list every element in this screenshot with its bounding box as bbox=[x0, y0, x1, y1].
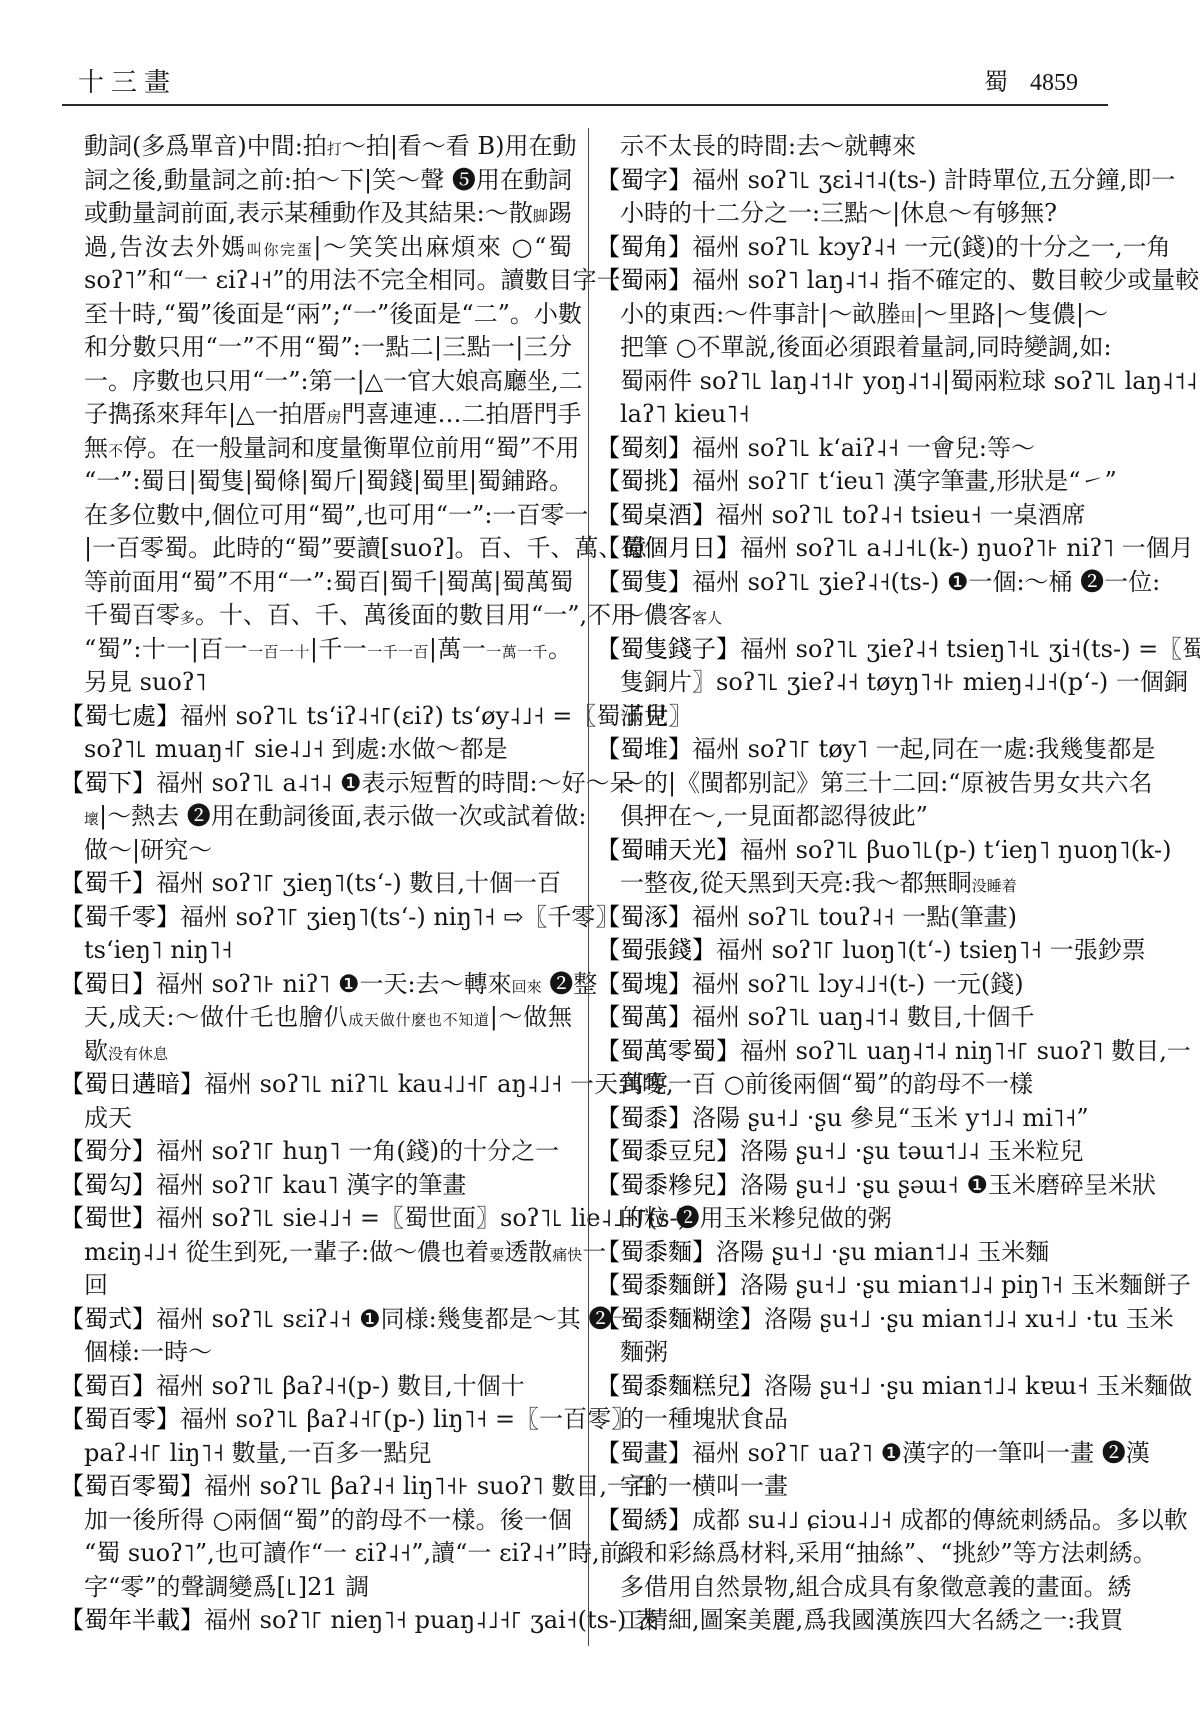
dictionary-line: 多借用自然景物,組合成具有象徵意義的畫面。綉 bbox=[596, 1571, 1108, 1605]
text-run: “蜀”:十一|百一 bbox=[84, 635, 248, 663]
dictionary-line: 【蜀年半載】福州 soʔ˥꜒ nieŋ˥˧ puaŋ˨˩˧꜒ ʒai˧(ts-)… bbox=[60, 1604, 572, 1638]
text-run: 小的東西:～件事計|～畝塍 bbox=[620, 300, 900, 328]
text-run: 洛陽 ʂu˧˩ ·ʂu ʂəɯ˧ ❶玉米磨碎呈米狀 bbox=[740, 1171, 1156, 1199]
gloss-note: 多 bbox=[180, 609, 195, 627]
text-run: 或動量詞前面,表示某種動作及其結果:～散 bbox=[84, 199, 533, 227]
text-run: soʔ˥꜖ muaŋ˧꜒ sie˨˩˧ 到處:水做～都是 bbox=[84, 735, 508, 763]
dictionary-line: laʔ˥ kieu˥˧ bbox=[596, 398, 1108, 432]
dictionary-line: 加一後所得 ○兩個“蜀”的韵母不一樣。後一個 bbox=[60, 1504, 572, 1538]
gloss-note: 脚 bbox=[533, 207, 548, 225]
dictionary-line: 小時的十二分之一:三點～|休息～有够無? bbox=[596, 197, 1108, 231]
headword: 【蜀字】 bbox=[596, 166, 692, 194]
headword: 【蜀千】 bbox=[60, 869, 156, 897]
text-run: “一”:蜀日|蜀隻|蜀條|蜀斤|蜀錢|蜀里|蜀鋪路。 bbox=[84, 467, 573, 495]
text-run: 一整夜,從天黑到天亮:我～都無眮 bbox=[620, 869, 972, 897]
text-run: 福州 soʔ˥꜖ ʒieʔ˨˧ tsieŋ˥˧꜖ ʒi˧(ts-) =〖蜀 bbox=[740, 635, 1200, 663]
dictionary-line: 詞之後,動量詞之前:拍～下|笑～聲 ❺用在動詞 bbox=[60, 164, 572, 198]
gloss-note: 成天做什麼也不知道 bbox=[348, 1011, 489, 1029]
text-run: 個様:一時～ bbox=[84, 1338, 212, 1366]
dictionary-line: 的一種塊狀食品 bbox=[596, 1403, 1108, 1437]
dictionary-line: 俱押在～,一見面都認得彼此” bbox=[596, 800, 1108, 834]
headword: 【蜀黍麵】 bbox=[596, 1238, 716, 1266]
headword: 【蜀萬零蜀】 bbox=[596, 1037, 740, 1065]
dictionary-line: 麵粥 bbox=[596, 1336, 1108, 1370]
text-run: 多借用自然景物,組合成具有象徵意義的畫面。綉 bbox=[620, 1573, 1132, 1601]
headword: 【蜀分】 bbox=[60, 1137, 156, 1165]
text-run: |～熱去 ❷用在動詞後面,表示做一次或試着做: bbox=[99, 802, 586, 830]
headword: 【蜀黍】 bbox=[596, 1104, 692, 1132]
text-run: 另見 suoʔ˥ bbox=[84, 668, 207, 696]
headword: 【蜀式】 bbox=[60, 1305, 156, 1333]
text-run: 回 bbox=[84, 1271, 108, 1299]
headword: 【蜀角】 bbox=[596, 233, 692, 261]
dictionary-line: 千蜀百零多。十、百、千、萬後面的數目用“一”,不用 bbox=[60, 599, 572, 633]
dictionary-line: soʔ˥꜖ muaŋ˧꜒ sie˨˩˧ 到處:水做～都是 bbox=[60, 733, 572, 767]
dictionary-line: 無不停。在一般量詞和度量衡單位前用“蜀”不用 bbox=[60, 432, 572, 466]
text-run: 踢 bbox=[548, 199, 572, 227]
text-run: 門喜連連…二拍厝門手 bbox=[342, 400, 582, 428]
dictionary-line: 【蜀隻錢子】福州 soʔ˥꜖ ʒieʔ˨˧ tsieŋ˥˧꜖ ʒi˧(ts-) … bbox=[596, 633, 1108, 667]
text-run: 福州 soʔ˥꜖ lɔy˨˩˧(t-) 一元(錢) bbox=[692, 970, 1024, 998]
headword: 【蜀下】 bbox=[60, 769, 156, 797]
text-run: |千一 bbox=[310, 635, 367, 663]
headword: 【蜀萬】 bbox=[596, 1003, 692, 1031]
text-run: mɛiŋ˨˩˧ 從生到死,一輩子:做～儂也着 bbox=[84, 1238, 489, 1266]
dictionary-line: 【蜀黍麵】洛陽 ʂu˧˩ ·ʂu mian˦˩˨ 玉米麵 bbox=[596, 1236, 1108, 1270]
dictionary-line: 【蜀百】福州 soʔ˥꜖ βaʔ˨˧(p-) 數目,十個十 bbox=[60, 1370, 572, 1404]
dictionary-line: tsʻieŋ˥ niŋ˥˧ bbox=[60, 934, 572, 968]
gloss-note: 客人 bbox=[692, 609, 722, 627]
dictionary-line: 【蜀黍麵糕兒】洛陽 ʂu˧˩ ·ʂu mian˦˩˨ kɐɯ˧ 玉米麵做 bbox=[596, 1370, 1108, 1404]
gloss-note: 壞 bbox=[84, 810, 99, 828]
dictionary-line: 【蜀綉】成都 su˨˩ ɕiɔu˨˩˧ 成都的傳統刺綉品。多以軟 bbox=[596, 1504, 1108, 1538]
dictionary-line: ～儂客客人 bbox=[596, 599, 1108, 633]
text-run: |萬一 bbox=[429, 635, 486, 663]
headword: 【蜀挑】 bbox=[596, 467, 692, 495]
text-run: 加一後所得 ○兩個“蜀”的韵母不一樣。後一個 bbox=[84, 1506, 572, 1534]
text-run: |～笑笑出麻煩來 ○“蜀 bbox=[313, 233, 572, 261]
text-run: 福州 soʔ˥꜖ βuo˥꜖(p-) tʻieŋ˥ ŋuoŋ˥(k-) bbox=[740, 836, 1172, 864]
dictionary-line: 【蜀涿】福州 soʔ˥꜖ touʔ˨˧ 一點(筆畫) bbox=[596, 901, 1108, 935]
text-run: 洛陽 ʂu˧˩ ·ʂu mian˦˩˨ xu˧˩ ·tu 玉米 bbox=[764, 1305, 1174, 1333]
dictionary-line: 隻銅片〗soʔ˥꜖ ʒieʔ˨˧ tøyŋ˥˧꜔ mieŋ˨˩˧(pʻ-) 一個… bbox=[596, 666, 1108, 700]
text-run: 福州 soʔ˥꜒ ʒieŋ˥(tsʻ-) 數目,十個一百 bbox=[156, 869, 561, 897]
dictionary-line: 【蜀黍麵糊塗】洛陽 ʂu˧˩ ·ʂu mian˦˩˨ xu˧˩ ·tu 玉米 bbox=[596, 1303, 1108, 1337]
headword: 【蜀黍豆兒】 bbox=[596, 1137, 740, 1165]
dictionary-line: 【蜀萬零蜀】福州 soʔ˥꜖ uaŋ˨˦˨ niŋ˥˧꜒ suoʔ˥ 數目,一 bbox=[596, 1035, 1108, 1069]
text-run: 福州 soʔ˥꜔ niʔ˥ ❶一天:去～轉來 bbox=[156, 970, 512, 998]
dictionary-line: 【蜀分】福州 soʔ˥꜒ huŋ˥ 一角(錢)的十分之一 bbox=[60, 1135, 572, 1169]
text-run: 隻銅片〗soʔ˥꜖ ʒieʔ˨˧ tøyŋ˥˧꜔ mieŋ˨˩˧(pʻ-) 一個… bbox=[620, 668, 1188, 696]
dictionary-line: 工精細,圖案美麗,爲我國漢族四大名綉之一:我買 bbox=[596, 1604, 1108, 1638]
dictionary-line: 小的東西:～件事計|～畝塍田|～里路|～隻儂|～ bbox=[596, 298, 1108, 332]
text-run: 和分數只用“一”不用“蜀”:一點二|三點一|三分 bbox=[84, 333, 572, 361]
dictionary-line: 萬零一百 ○前後兩個“蜀”的韵母不一樣 bbox=[596, 1068, 1108, 1102]
text-run: 無 bbox=[84, 434, 108, 462]
gloss-note: 田 bbox=[900, 308, 915, 326]
dictionary-line: 一。序數也只用“一”:第一|△一官大娘高廳坐,二 bbox=[60, 365, 572, 399]
text-run: 做～|研究～ bbox=[84, 836, 212, 864]
text-run: tsʻieŋ˥ niŋ˥˧ bbox=[84, 936, 233, 964]
text-run: 字的一横叫一畫 bbox=[620, 1472, 788, 1500]
dictionary-line: 【蜀刻】福州 soʔ˥꜖ kʻaiʔ˨˧ 一會兒:等～ bbox=[596, 432, 1108, 466]
headword: 【蜀涿】 bbox=[596, 903, 692, 931]
dictionary-line: 另見 suoʔ˥ bbox=[60, 666, 572, 700]
text-run: 的粒 ❷用玉米糝兒做的粥 bbox=[620, 1204, 892, 1232]
dictionary-line: ～的|《閩都别記》第三十二回:“原被告男女共六名 bbox=[596, 767, 1108, 801]
headword: 【蜀勾】 bbox=[60, 1171, 156, 1199]
running-head-right: 蜀4859 bbox=[984, 66, 1078, 100]
dictionary-line: 和分數只用“一”不用“蜀”:一點二|三點一|三分 bbox=[60, 331, 572, 365]
text-run: 福州 soʔ˥꜒ tøy˥ 一起,同在一處:我幾隻都是 bbox=[692, 735, 1155, 763]
dictionary-line: 【蜀千】福州 soʔ˥꜒ ʒieŋ˥(tsʻ-) 數目,十個一百 bbox=[60, 867, 572, 901]
headword: 【蜀綉】 bbox=[596, 1506, 692, 1534]
text-run: 成都 su˨˩ ɕiɔu˨˩˧ 成都的傳統刺綉品。多以軟 bbox=[692, 1506, 1188, 1534]
gloss-note: 要 bbox=[489, 1246, 504, 1264]
text-run: 麵粥 bbox=[620, 1338, 668, 1366]
gloss-note: 一千一百 bbox=[367, 643, 429, 661]
dictionary-line: 壞|～熱去 ❷用在動詞後面,表示做一次或試着做: bbox=[60, 800, 572, 834]
text-run: ～儂客 bbox=[620, 601, 692, 629]
headword: 【蜀兩】 bbox=[596, 266, 692, 294]
dictionary-line: 【蜀角】福州 soʔ˥꜖ kɔyʔ˨˧ 一元(錢)的十分之一,一角 bbox=[596, 231, 1108, 265]
headword: 【蜀日遘暗】 bbox=[60, 1070, 204, 1098]
dictionary-line: 【蜀兩】福州 soʔ˥ laŋ˨˦˨ 指不確定的、數目較少或量較 bbox=[596, 264, 1108, 298]
text-run: 福州 soʔ˥꜖ uaŋ˨˦˨ niŋ˥˧꜒ suoʔ˥ 數目,一 bbox=[740, 1037, 1191, 1065]
gloss-note: 不 bbox=[108, 442, 123, 460]
text-run: 字“零”的聲調變爲[꜖]21 調 bbox=[84, 1573, 369, 1601]
text-run: 福州 soʔ˥꜖ ʒieʔ˨˧(ts-) ❶一個:～桶 ❷一位: bbox=[692, 568, 1160, 596]
page-number: 4859 bbox=[1030, 70, 1078, 96]
text-run: 把筆 ○不單説,後面必須跟着量詞,同時變調,如: bbox=[620, 333, 1112, 361]
gloss-note: 没睡着 bbox=[972, 877, 1017, 895]
text-run: soʔ˥”和“一 ɛiʔ˨˧”的用法不完全相同。讀數目字一 bbox=[84, 266, 621, 294]
headword: 【蜀黍麵餅】 bbox=[596, 1271, 740, 1299]
dictionary-line: 成天 bbox=[60, 1102, 572, 1136]
dictionary-line: 子擕孫來拜年|△一拍厝房門喜連連…二拍厝門手 bbox=[60, 398, 572, 432]
text-run: 至十時,“蜀”後面是“兩”;“一”後面是“二”。小數 bbox=[84, 300, 582, 328]
headword: 【蜀晡天光】 bbox=[596, 836, 740, 864]
dictionary-line: 回 bbox=[60, 1269, 572, 1303]
dictionary-line: 【蜀日遘暗】福州 soʔ˥꜖ niʔ˥꜖ kau˨˩˧꜒ aŋ˨˩˧ 一天到晚, bbox=[60, 1068, 572, 1102]
headword: 【蜀百】 bbox=[60, 1372, 156, 1400]
text-run: 等前面用“蜀”不用“一”:蜀百|蜀千|蜀萬|蜀萬蜀 bbox=[84, 568, 573, 596]
dictionary-line: 【蜀桌酒】福州 soʔ˥꜖ toʔ˨˧ tsieu˧ 一桌酒席 bbox=[596, 499, 1108, 533]
text-run: 詞之後,動量詞之前:拍～下|笑～聲 ❺用在動詞 bbox=[84, 166, 572, 194]
dictionary-line: 把筆 ○不單説,後面必須跟着量詞,同時變調,如: bbox=[596, 331, 1108, 365]
text-run: 福州 soʔ˥ laŋ˨˦˨ 指不確定的、數目較少或量較 bbox=[692, 266, 1199, 294]
text-run: 過,告汝去外媽 bbox=[84, 233, 247, 261]
dictionary-line: “蜀”:十一|百一一百一十|千一一千一百|萬一一萬一千。 bbox=[60, 633, 572, 667]
dictionary-line: 一整夜,從天黑到天亮:我～都無眮没睡着 bbox=[596, 867, 1108, 901]
text-run: 福州 soʔ˥꜖ kʻaiʔ˨˧ 一會兒:等～ bbox=[692, 434, 1035, 462]
right-column: 示不太長的時間:去～就轉來【蜀字】福州 soʔ˥꜖ ʒɛi˨˦˨(ts-) 計時… bbox=[596, 130, 1108, 1638]
gloss-note: 一百一十 bbox=[248, 643, 310, 661]
text-run: 福州 soʔ˥꜖ βaʔ˨˧(p-) 數目,十個十 bbox=[156, 1372, 525, 1400]
text-run: 俱押在～,一見面都認得彼此” bbox=[620, 802, 928, 830]
dictionary-line: 【蜀下】福州 soʔ˥꜖ a˨˦˨ ❶表示短暫的時間:～好～呆 bbox=[60, 767, 572, 801]
headword: 【蜀隻錢子】 bbox=[596, 635, 740, 663]
text-run: 洛陽 ʂu˧˩ ·ʂu mian˦˩˨ kɐɯ˧ 玉米麵做 bbox=[764, 1372, 1192, 1400]
headword: 【蜀桌酒】 bbox=[596, 501, 716, 529]
dictionary-line: “一”:蜀日|蜀隻|蜀條|蜀斤|蜀錢|蜀里|蜀鋪路。 bbox=[60, 465, 572, 499]
text-run: 福州 soʔ˥꜖ kɔyʔ˨˧ 一元(錢)的十分之一,一角 bbox=[692, 233, 1171, 261]
dictionary-line: 【蜀勾】福州 soʔ˥꜒ kau˥ 漢字的筆畫 bbox=[60, 1169, 572, 1203]
dictionary-line: 【蜀畫】福州 soʔ˥꜒ uaʔ˥ ❶漢字的一筆叫一畫 ❷漢 bbox=[596, 1437, 1108, 1471]
text-run: 福州 soʔ˥꜖ ʒɛi˨˦˨(ts-) 計時單位,五分鐘,即一 bbox=[692, 166, 1175, 194]
dictionary-line: 【蜀世】福州 soʔ˥꜖ sie˨˩˧ =〖蜀世面〗soʔ˥꜖ lie˨˩˧꜒(… bbox=[60, 1202, 572, 1236]
running-head-character: 蜀 bbox=[984, 70, 1008, 96]
dictionary-line: 【蜀式】福州 soʔ˥꜖ sɛiʔ˨˧ ❶同様:幾隻都是～其 ❷一 bbox=[60, 1303, 572, 1337]
dictionary-line: 【蜀隻】福州 soʔ˥꜖ ʒieʔ˨˧(ts-) ❶一個:～桶 ❷一位: bbox=[596, 566, 1108, 600]
gloss-note: 没有休息 bbox=[108, 1045, 168, 1063]
dictionary-line: 蜀兩件 soʔ˥꜖ laŋ˨˦˨꜓ yoŋ˨˦˨|蜀兩粒球 soʔ˥꜖ laŋ˨… bbox=[596, 365, 1108, 399]
dictionary-line: 【蜀七處】福州 soʔ˥꜖ tsʻiʔ˨˧꜒(ɛiʔ) tsʻøy˨˩˧ =〖蜀… bbox=[60, 700, 572, 734]
dictionary-line: 過,告汝去外媽叫你完蛋|～笑笑出麻煩來 ○“蜀 bbox=[60, 231, 572, 265]
text-run: 福州 soʔ˥꜒ ʒieŋ˥(tsʻ-) niŋ˥˧ ⇨〖千零〗 bbox=[180, 903, 619, 931]
text-run: 示不太長的時間:去～就轉來 bbox=[620, 132, 916, 160]
text-run: 福州 soʔ˥꜖ βaʔ˨˧꜒(p-) liŋ˥˧ =〖一百零〗 bbox=[180, 1405, 635, 1433]
text-run: 福州 soʔ˥꜒ kau˥ 漢字的筆畫 bbox=[156, 1171, 466, 1199]
text-run: 福州 soʔ˥꜖ touʔ˨˧ 一點(筆畫) bbox=[692, 903, 1017, 931]
text-run: 歇 bbox=[84, 1037, 108, 1065]
dictionary-line: 做～|研究～ bbox=[60, 834, 572, 868]
dictionary-line: 或動量詞前面,表示某種動作及其結果:～散脚踢 bbox=[60, 197, 572, 231]
headword: 【蜀世】 bbox=[60, 1204, 156, 1232]
text-run: ～的|《閩都别記》第三十二回:“原被告男女共六名 bbox=[620, 769, 1152, 797]
dictionary-line: 字的一横叫一畫 bbox=[596, 1470, 1108, 1504]
dictionary-line: 動詞(多爲單音)中間:拍打～拍|看～看 B)用在動 bbox=[60, 130, 572, 164]
text-run: 成天 bbox=[84, 1104, 132, 1132]
text-run: 福州 soʔ˥꜒ luoŋ˥(tʻ-) tsieŋ˥˧ 一張鈔票 bbox=[716, 936, 1146, 964]
running-head-section: 十三畫 bbox=[78, 66, 177, 100]
dictionary-line: 天,成天:～做什乇也膾仈成天做什麼也不知道|～做無 bbox=[60, 1001, 572, 1035]
left-column: 動詞(多爲單音)中間:拍打～拍|看～看 B)用在動詞之後,動量詞之前:拍～下|笑… bbox=[60, 130, 572, 1638]
headword: 【蜀堆】 bbox=[596, 735, 692, 763]
dictionary-line: 【蜀黍糝兒】洛陽 ʂu˧˩ ·ʂu ʂəɯ˧ ❶玉米磨碎呈米狀 bbox=[596, 1169, 1108, 1203]
text-run: |～做無 bbox=[490, 1003, 572, 1031]
text-run: 洛陽 ʂu˧˩ ·ʂu mian˦˩˨ piŋ˥˧ 玉米麵餅子 bbox=[740, 1271, 1191, 1299]
text-run: 動詞(多爲單音)中間:拍 bbox=[84, 132, 327, 160]
dictionary-line: 【蜀萬】福州 soʔ˥꜖ uaŋ˨˦˨ 數目,十個千 bbox=[596, 1001, 1108, 1035]
headword: 【蜀張錢】 bbox=[596, 936, 716, 964]
headword: 【蜀黍糝兒】 bbox=[596, 1171, 740, 1199]
gloss-note: 打 bbox=[327, 140, 342, 158]
text-run: 福州 soʔ˥꜒ tʻieu˥ 漢字筆畫,形狀是“㇀” bbox=[692, 467, 1117, 495]
text-run: 福州 soʔ˥꜒ uaʔ˥ ❶漢字的一筆叫一畫 ❷漢 bbox=[692, 1439, 1150, 1467]
dictionary-line: 【蜀黍豆兒】洛陽 ʂu˧˩ ·ʂu təɯ˦˩˨ 玉米粒兒 bbox=[596, 1135, 1108, 1169]
dictionary-line: 【蜀張錢】福州 soʔ˥꜒ luoŋ˥(tʻ-) tsieŋ˥˧ 一張鈔票 bbox=[596, 934, 1108, 968]
dictionary-line: 【蜀百零】福州 soʔ˥꜖ βaʔ˨˧꜒(p-) liŋ˥˧ =〖一百零〗 bbox=[60, 1403, 572, 1437]
dictionary-line: 字“零”的聲調變爲[꜖]21 調 bbox=[60, 1571, 572, 1605]
dictionary-line: 至十時,“蜀”後面是“兩”;“一”後面是“二”。小數 bbox=[60, 298, 572, 332]
text-run: paʔ˨˧꜒ liŋ˥˧ 數量,一百多一點兒 bbox=[84, 1439, 431, 1467]
headword: 【蜀畫】 bbox=[596, 1439, 692, 1467]
text-run: 洛陽 ʂu˧˩ ·ʂu 參見“玉米 y˦˩˨ mi˥˧” bbox=[692, 1104, 1089, 1132]
text-run: 一。序數也只用“一”:第一|△一官大娘高廳坐,二 bbox=[84, 367, 583, 395]
dictionary-line: |一百零蜀。此時的“蜀”要讀[suoʔ]。百、千、萬、億 bbox=[60, 532, 572, 566]
headword: 【蜀七處】 bbox=[60, 702, 180, 730]
dictionary-line: paʔ˨˧꜒ liŋ˥˧ 數量,一百多一點兒 bbox=[60, 1437, 572, 1471]
text-run: 福州 soʔ˥꜒ nieŋ˥˧ puaŋ˨˩˧꜒ ʒai˧(ts-) 表 bbox=[204, 1606, 658, 1634]
dictionary-line: 【蜀黍】洛陽 ʂu˧˩ ·ʂu 參見“玉米 y˦˩˨ mi˥˧” bbox=[596, 1102, 1108, 1136]
text-run: 洛陽 ʂu˧˩ ·ʂu təɯ˦˩˨ 玉米粒兒 bbox=[740, 1137, 1083, 1165]
headword: 【蜀日】 bbox=[60, 970, 156, 998]
text-run: 工精細,圖案美麗,爲我國漢族四大名綉之一:我買 bbox=[620, 1606, 1123, 1634]
dictionary-line: 的粒 ❷用玉米糝兒做的粥 bbox=[596, 1202, 1108, 1236]
text-run: 福州 soʔ˥꜖ a˨˦˨ ❶表示短暫的時間:～好～呆 bbox=[156, 769, 634, 797]
gloss-note: 回來 bbox=[512, 978, 542, 996]
dictionary-line: 在多位數中,個位可用“蜀”,也可用“一”:一百零一 bbox=[60, 499, 572, 533]
dictionary-line: 【蜀字】福州 soʔ˥꜖ ʒɛi˨˦˨(ts-) 計時單位,五分鐘,即一 bbox=[596, 164, 1108, 198]
dictionary-line: 【蜀百零蜀】福州 soʔ˥꜖ βaʔ˨˧ liŋ˥˧꜔ suoʔ˥ 數目,一百 bbox=[60, 1470, 572, 1504]
text-run: 在多位數中,個位可用“蜀”,也可用“一”:一百零一 bbox=[84, 501, 588, 529]
gloss-note: 痛快 bbox=[552, 1246, 582, 1264]
dictionary-line: 【蜀千零】福州 soʔ˥꜒ ʒieŋ˥(tsʻ-) niŋ˥˧ ⇨〖千零〗 bbox=[60, 901, 572, 935]
dictionary-line: 【蜀日】福州 soʔ˥꜔ niʔ˥ ❶一天:去～轉來回來 ❷整 bbox=[60, 968, 572, 1002]
dictionary-line: 【蜀塊】福州 soʔ˥꜖ lɔy˨˩˧(t-) 一元(錢) bbox=[596, 968, 1108, 1002]
dictionary-line: soʔ˥”和“一 ɛiʔ˨˧”的用法不完全相同。讀數目字一 bbox=[60, 264, 572, 298]
text-run: 萬零一百 ○前後兩個“蜀”的韵母不一樣 bbox=[620, 1070, 1033, 1098]
text-run: 子兒 bbox=[620, 702, 668, 730]
text-run: 透散 bbox=[504, 1238, 552, 1266]
header-rule bbox=[62, 104, 1108, 106]
text-run: 洛陽 ʂu˧˩ ·ʂu mian˦˩˨ 玉米麵 bbox=[716, 1238, 1049, 1266]
text-run: 福州 soʔ˥꜖ sɛiʔ˨˧ ❶同様:幾隻都是～其 ❷一 bbox=[156, 1305, 636, 1333]
dictionary-line: 示不太長的時間:去～就轉來 bbox=[596, 130, 1108, 164]
headword: 【蜀黍麵糊塗】 bbox=[596, 1305, 764, 1333]
text-run: 福州 soʔ˥꜖ uaŋ˨˦˨ 數目,十個千 bbox=[692, 1003, 1035, 1031]
headword: 【蜀年半載】 bbox=[60, 1606, 204, 1634]
text-run: 小時的十二分之一:三點～|休息～有够無? bbox=[620, 199, 1057, 227]
dictionary-line: “蜀 suoʔ˥”,也可讀作“一 ɛiʔ˨˧”,讀“一 ɛiʔ˨˧”時,前 bbox=[60, 1537, 572, 1571]
dictionary-line: mɛiŋ˨˩˧ 從生到死,一輩子:做～儂也着要透散痛快一 bbox=[60, 1236, 572, 1270]
gloss-note: 一萬一千 bbox=[486, 643, 548, 661]
dictionary-line: 歇没有休息 bbox=[60, 1035, 572, 1069]
headword: 【蜀塊】 bbox=[596, 970, 692, 998]
text-run: 福州 soʔ˥꜒ huŋ˥ 一角(錢)的十分之一 bbox=[156, 1137, 559, 1165]
text-run: “蜀 suoʔ˥”,也可讀作“一 ɛiʔ˨˧”,讀“一 ɛiʔ˨˧”時,前 bbox=[84, 1539, 624, 1567]
dictionary-line: 【蜀堆】福州 soʔ˥꜒ tøy˥ 一起,同在一處:我幾隻都是 bbox=[596, 733, 1108, 767]
headword: 【蜀刻】 bbox=[596, 434, 692, 462]
gloss-note: 叫你完蛋 bbox=[247, 241, 313, 259]
dictionary-line: 【蜀挑】福州 soʔ˥꜒ tʻieu˥ 漢字筆畫,形狀是“㇀” bbox=[596, 465, 1108, 499]
gloss-note: 房 bbox=[327, 408, 342, 426]
headword: 【蜀隻】 bbox=[596, 568, 692, 596]
text-run: |～里路|～隻儂|～ bbox=[916, 300, 1108, 328]
text-run: 福州 soʔ˥꜖ toʔ˨˧ tsieu˧ 一桌酒席 bbox=[716, 501, 1086, 529]
dictionary-line: 【蜀晡天光】福州 soʔ˥꜖ βuo˥꜖(p-) tʻieŋ˥ ŋuoŋ˥(k-… bbox=[596, 834, 1108, 868]
text-run: ～拍|看～看 B)用在動 bbox=[342, 132, 577, 160]
text-run: |一百零蜀。此時的“蜀”要讀[suoʔ]。百、千、萬、億 bbox=[84, 534, 646, 562]
headword: 【蜀千零】 bbox=[60, 903, 180, 931]
text-run: 蜀兩件 soʔ˥꜖ laŋ˨˦˨꜓ yoŋ˨˦˨|蜀兩粒球 soʔ˥꜖ laŋ˨… bbox=[620, 367, 1200, 395]
headword: 【蜀百零蜀】 bbox=[60, 1472, 204, 1500]
headword: 【蜀百零】 bbox=[60, 1405, 180, 1433]
text-run: 子擕孫來拜年|△一拍厝 bbox=[84, 400, 327, 428]
text-run: 緞和彩絲爲材料,采用“抽絲”、“挑紗”等方法刺綉。 bbox=[620, 1539, 1157, 1567]
text-run: 。 bbox=[548, 635, 572, 663]
text-run: laʔ˥ kieu˥˧ bbox=[620, 400, 750, 428]
dictionary-line: 個様:一時～ bbox=[60, 1336, 572, 1370]
headword: 【蜀黍麵糕兒】 bbox=[596, 1372, 764, 1400]
column-divider bbox=[588, 128, 589, 1646]
text-run: 停。在一般量詞和度量衡單位前用“蜀”不用 bbox=[123, 434, 580, 462]
text-run: 福州 soʔ˥꜖ a˨˩˧꜖(k-) ŋuoʔ˥꜔ niʔ˥ 一個月 bbox=[740, 534, 1194, 562]
text-run: 天,成天:～做什乇也膾仈 bbox=[84, 1003, 348, 1031]
text-run: 。十、百、千、萬後面的數目用“一”,不用 bbox=[195, 601, 635, 629]
dictionary-line: 【蜀黍麵餅】洛陽 ʂu˧˩ ·ʂu mian˦˩˨ piŋ˥˧ 玉米麵餅子 bbox=[596, 1269, 1108, 1303]
text-run: 的一種塊狀食品 bbox=[620, 1405, 788, 1433]
dictionary-line: 【蜀個月日】福州 soʔ˥꜖ a˨˩˧꜖(k-) ŋuoʔ˥꜔ niʔ˥ 一個月 bbox=[596, 532, 1108, 566]
text-run: 千蜀百零 bbox=[84, 601, 180, 629]
dictionary-line: 緞和彩絲爲材料,采用“抽絲”、“挑紗”等方法刺綉。 bbox=[596, 1537, 1108, 1571]
headword: 【蜀個月日】 bbox=[596, 534, 740, 562]
dictionary-line: 等前面用“蜀”不用“一”:蜀百|蜀千|蜀萬|蜀萬蜀 bbox=[60, 566, 572, 600]
dictionary-line: 子兒 bbox=[596, 700, 1108, 734]
